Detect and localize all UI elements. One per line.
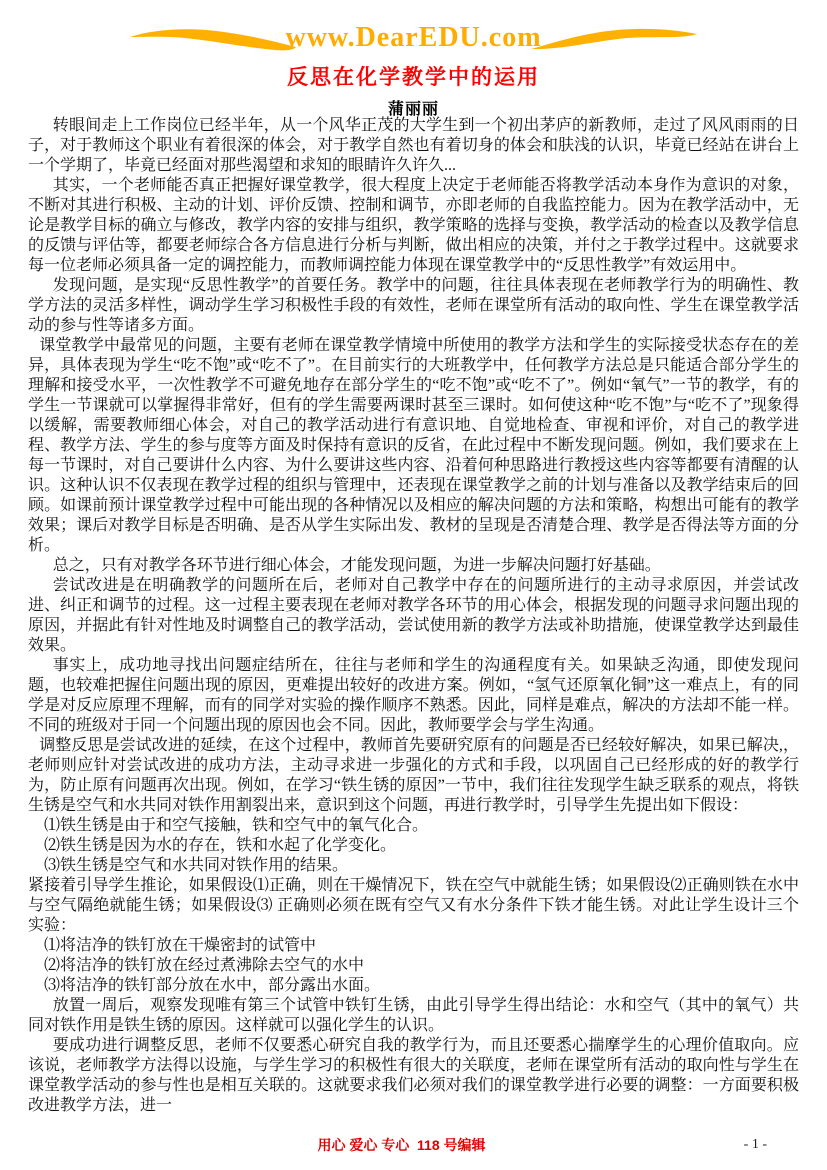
experiment-item-3: ⑶将洁净的铁钉部分放在水中，部分露出水面。 (28, 976, 799, 996)
hypothesis-item-1: ⑴铁生锈是由于和空气接触，铁和空气中的氧气化合。 (28, 816, 799, 836)
page-footer: 用心 爱心 专心 118 号编辑 - 1 - (0, 1136, 827, 1158)
paragraph-inference: 紧接着引导学生推论，如果假设⑴正确，则在干燥情况下，铁在空气中就能生锈；如果假设… (28, 876, 799, 936)
document-title: 反思在化学教学中的运用 (0, 65, 827, 91)
footer-slogan: 用心 爱心 专心 118 号编辑 (317, 1136, 485, 1154)
logo-text: www.DearEDU.com (285, 18, 541, 58)
paragraph-summary: 总之，只有对教学各环节进行细心体会，才能发现问题，为进一步解决问题打好基础。 (28, 556, 799, 576)
paragraph-find-problems: 发现问题，是实现“反思性教学”的首要任务。教学中的问题，往往具体表现在老师教学行… (28, 276, 799, 336)
paragraph-conclusion: 放置一周后，观察发现唯有第三个试管中铁钉生锈，由此引导学生得出结论：水和空气（其… (28, 996, 799, 1036)
experiment-item-2: ⑵将洁净的铁钉放在经过煮沸除去空气的水中 (28, 956, 799, 976)
logo-swoosh-right-icon (530, 21, 698, 55)
logo-swoosh-left-icon (129, 21, 297, 55)
paragraph-adjust-reflection: 调整反思是尝试改进的延续，在这个过程中，教师首先要研究原有的问题是否已经较好解决… (28, 736, 799, 816)
hypothesis-item-3: ⑶铁生锈是空气和水共同对铁作用的结果。 (28, 856, 799, 876)
page-number: - 1 - (744, 1136, 767, 1154)
document-header: www.DearEDU.com 反思在化学教学中的运用 蒲丽丽 (0, 0, 827, 119)
paragraph-communication: 事实上，成功地寻找出问题症结所在，往往与老师和学生的沟通程度有关。如果缺乏沟通，… (28, 656, 799, 736)
paragraph-common-problems: 课堂教学中最常见的问题，主要有老师在课堂教学情境中所使用的教学方法和学生的实际接… (28, 336, 799, 556)
site-logo: www.DearEDU.com (0, 18, 827, 58)
experiment-item-1: ⑴将洁净的铁钉放在干燥密封的试管中 (28, 936, 799, 956)
document-body: 转眼间走上工作岗位已经半年，从一个风华正茂的大学生到一个初出茅庐的新教师，走过了… (28, 116, 799, 1116)
hypothesis-item-2: ⑵铁生锈是因为水的存在，铁和水起了化学变化。 (28, 836, 799, 856)
paragraph-intro: 转眼间走上工作岗位已经半年，从一个风华正茂的大学生到一个初出茅庐的新教师，走过了… (28, 116, 799, 176)
document-page: www.DearEDU.com 反思在化学教学中的运用 蒲丽丽 转眼间走上工作岗… (0, 0, 827, 1170)
paragraph-try-improve: 尝试改进是在明确教学的问题所在后，老师对自己教学中存在的问题所进行的主动寻求原因… (28, 576, 799, 656)
paragraph-final: 要成功进行调整反思，老师不仅要悉心研究自我的教学行为，而且还要悉心揣摩学生的心理… (28, 1036, 799, 1116)
paragraph-self-monitoring: 其实，一个老师能否真正把握好课堂教学，很大程度上决定于老师能否将教学活动本身作为… (28, 176, 799, 276)
